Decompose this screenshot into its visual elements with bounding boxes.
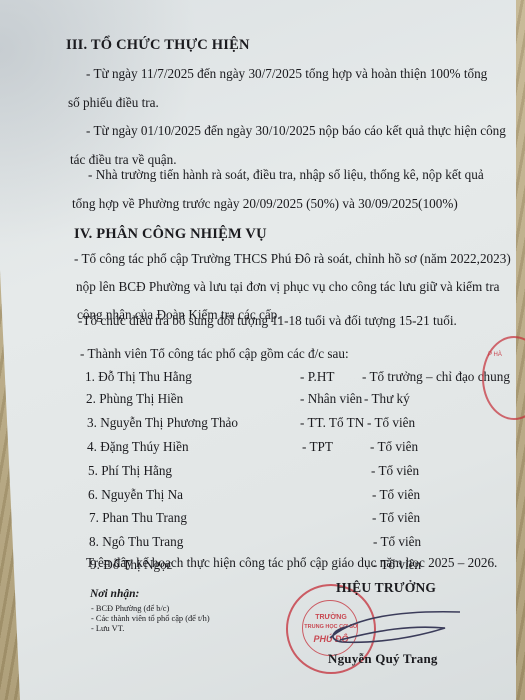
signer-name: Nguyễn Quý Trang: [328, 651, 438, 667]
section-4-para-2: -Tổ chức điều tra bổ sung đối tượng 11-1…: [78, 306, 457, 335]
member-role: - Tổ viên: [372, 487, 420, 503]
section-3-item-3-line-1: - Nhà trường tiến hành rà soát, điều tra…: [88, 160, 484, 189]
section-3-title: III. TỔ CHỨC THỰC HIỆN: [66, 37, 250, 54]
member-name: 1. Đỗ Thị Thu Hằng: [85, 369, 192, 385]
section-4-para-3: - Thành viên Tổ công tác phổ cập gồm các…: [80, 339, 349, 368]
section-3-item-3-line-2: tổng hợp về Phường trước ngày 20/09/2025…: [72, 189, 458, 218]
member-name: 7. Phan Thu Trang: [89, 510, 187, 526]
section-4-title: IV. PHÂN CÔNG NHIỆM VỤ: [74, 226, 267, 243]
member-name: 4. Đặng Thúy Hiền: [87, 439, 189, 455]
member-role: - Tổ viên: [367, 415, 415, 431]
section-4-para-1-line-2: nộp lên BCĐ Phường và lưu tại đơn vị phụ…: [76, 272, 499, 301]
member-position: - TT. Tổ TN: [300, 415, 364, 431]
section-3-item-1-line-1: - Từ ngày 11/7/2025 đến ngày 30/7/2025 t…: [86, 59, 487, 88]
member-position: - Nhân viên: [300, 391, 362, 407]
section-3-item-2-line-1: - Từ ngày 01/10/2025 đến ngày 30/10/2025…: [86, 116, 506, 145]
member-role: - Thư ký: [364, 391, 410, 407]
document-content: III. TỔ CHỨC THỰC HIỆN - Từ ngày 11/7/20…: [0, 0, 525, 700]
member-name: 6. Nguyễn Thị Na: [88, 487, 183, 503]
member-name: 5. Phí Thị Hằng: [88, 463, 172, 479]
member-role: - Tổ viên: [371, 463, 419, 479]
section-3-item-1-line-2: số phiếu điều tra.: [68, 88, 159, 117]
recipient-3: - Lưu VT.: [91, 623, 124, 634]
side-stamp: [482, 336, 525, 420]
member-position: - TPT: [302, 439, 333, 455]
member-name: 2. Phùng Thị Hiền: [86, 391, 183, 407]
member-name: 3. Nguyễn Thị Phương Thảo: [87, 415, 238, 431]
closing-statement: Trên đây kế hoạch thực hiện công tác phổ…: [86, 548, 497, 577]
member-role: - Tổ viên: [370, 439, 418, 455]
section-4-para-1-line-1: - Tổ công tác phổ cập Trường THCS Phú Đô…: [74, 244, 511, 273]
member-role: - Tổ viên: [372, 510, 420, 526]
side-stamp-text: P HÀ: [488, 352, 502, 358]
signature-title: HIỆU TRƯỞNG: [336, 580, 436, 596]
member-position: - P.HT: [300, 369, 334, 385]
recipients-title: Nơi nhận:: [90, 588, 139, 600]
